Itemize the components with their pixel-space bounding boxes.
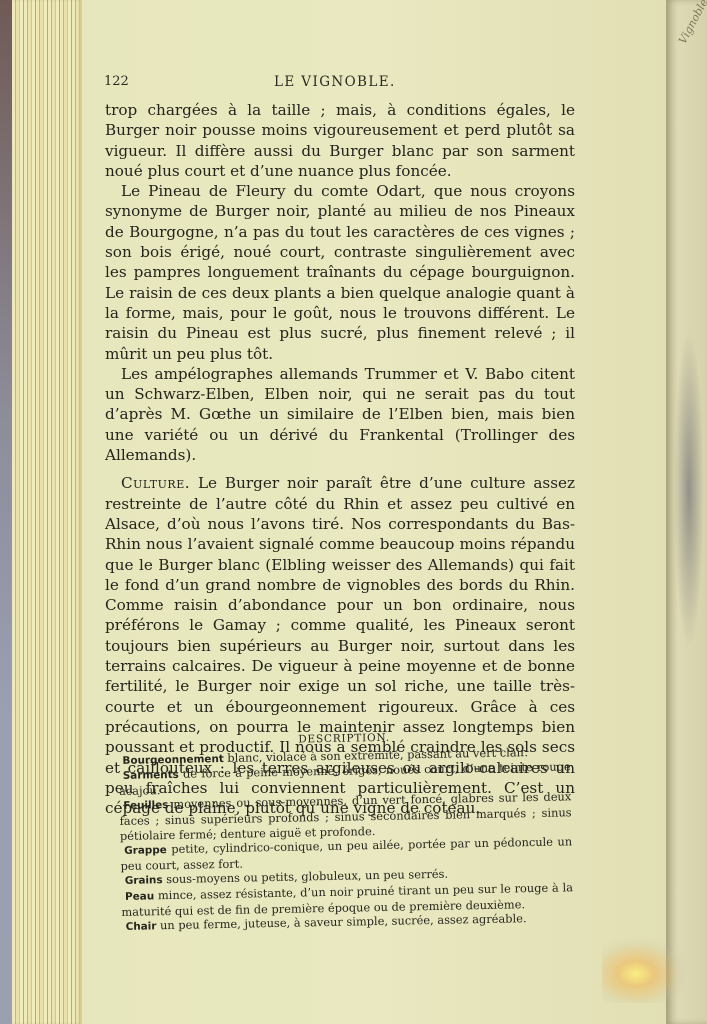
margin-handwriting: Vignoble <box>676 0 707 46</box>
description-text: moyennes ou sous-moyennes, d’un vert fon… <box>119 790 571 843</box>
description-term: Bourgeonnement <box>122 753 224 767</box>
description-term: Grains <box>125 875 163 888</box>
section-heading-culture: Culture. <box>121 474 190 492</box>
paragraph: trop chargées à la taille ; mais, à cond… <box>105 100 575 181</box>
description-term: Chair <box>126 920 157 933</box>
page-shadow <box>674 330 704 650</box>
paragraph: Le Pineau de Fleury du comte Odart, que … <box>105 181 575 364</box>
description-section: DESCRIPTION. Bourgeonnement blanc, viola… <box>118 727 574 934</box>
description-term: Peau <box>125 890 154 903</box>
running-head-title: LE VIGNOBLE. <box>274 74 396 90</box>
light-glare <box>602 938 687 1003</box>
facing-page-edge: Vignoble <box>666 0 707 1024</box>
description-term: Feuilles <box>123 799 168 812</box>
description-term: Grappe <box>124 844 167 857</box>
description-term: Sarments <box>123 769 179 782</box>
paragraph: Les ampélographes allemands Trummer et V… <box>105 364 575 465</box>
page-edges-stack <box>12 0 82 1024</box>
page-number: 122 <box>104 74 129 89</box>
body-text: trop chargées à la taille ; mais, à cond… <box>105 100 575 818</box>
